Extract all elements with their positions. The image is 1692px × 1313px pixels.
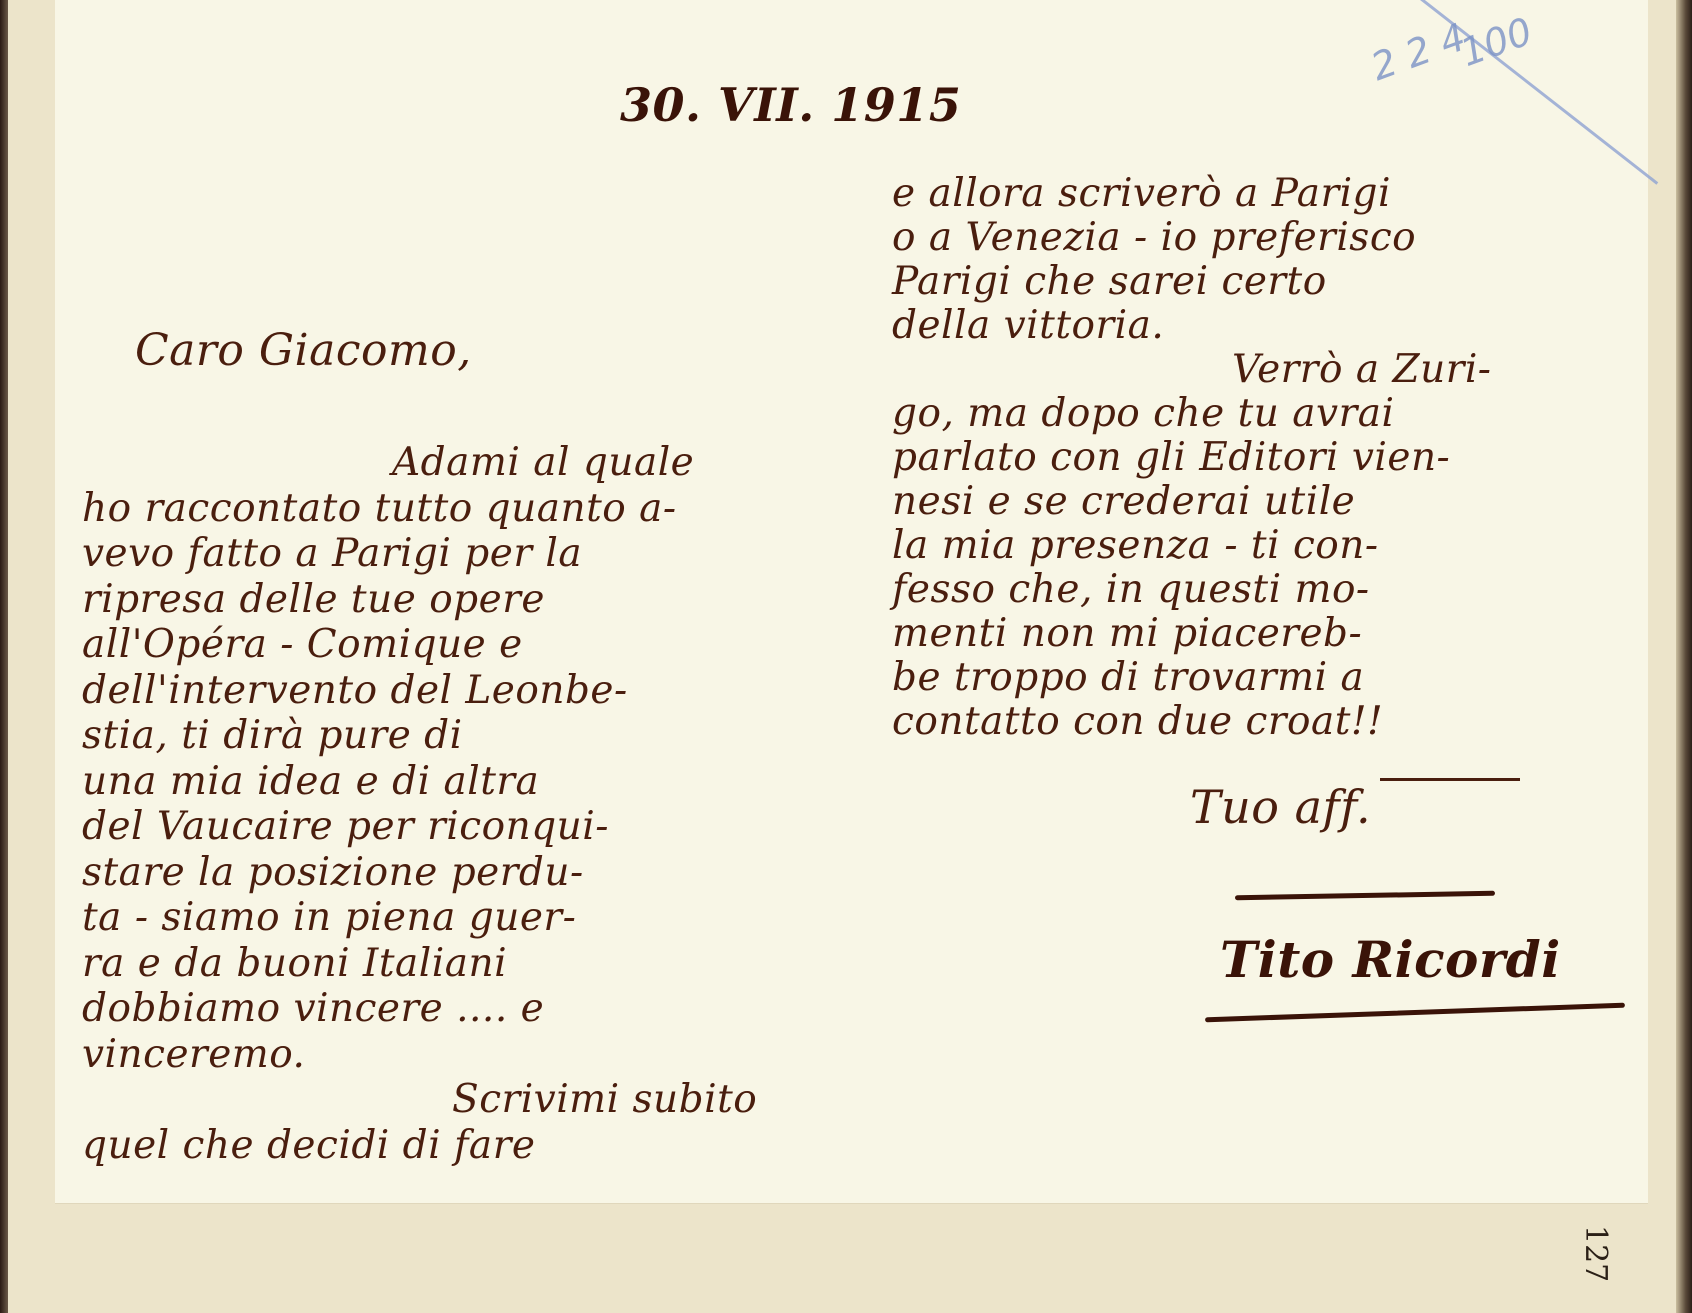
text-line: dell'intervento del Leonbe- [82,668,757,714]
text-line: menti non mi piacereb- [892,612,1492,656]
text-line: una mia idea e di altra [82,759,757,805]
signature: Tito Ricordi [1220,930,1561,989]
text-line: go, ma dopo che tu avrai [892,392,1492,436]
text-line: ho raccontato tutto quanto a- [82,486,757,532]
text-line: della vittoria. [892,304,1492,348]
text-line: dobbiamo vincere .... e [82,986,757,1032]
text-line: nesi e se crederai utile [892,480,1492,524]
scan-right-edge [1676,0,1692,1313]
text-line: la mia presenza - ti con- [892,524,1492,568]
text-line: o a Venezia - io preferisco [892,216,1492,260]
text-line: Parigi che sarei certo [892,260,1492,304]
letter-left-column: Adami al quale ho raccontato tutto quant… [82,440,757,1168]
letter-greeting: Caro Giacomo, [135,325,472,376]
text-line: contatto con due croat!! [892,700,1492,744]
text-line: del Vaucaire per riconqui- [82,804,757,850]
text-line: ta - siamo in piena guer- [82,895,757,941]
scan-left-edge [0,0,8,1313]
text-line: all'Opéra - Comique e [82,622,757,668]
text-line: stia, ti dirà pure di [82,713,757,759]
folio-number: 127 [1578,1225,1613,1282]
text-line: vevo fatto a Parigi per la [82,531,757,577]
text-line: Verrò a Zuri- [892,348,1492,392]
text-line: ripresa delle tue opere [82,577,757,623]
text-line: vinceremo. [82,1032,757,1078]
text-line: parlato con gli Editori vien- [892,436,1492,480]
text-line: be troppo di trovarmi a [892,656,1492,700]
text-line: fesso che, in questi mo- [892,568,1492,612]
text-line: ra e da buoni Italiani [82,941,757,987]
letter-right-column: e allora scriverò a Parigi o a Venezia -… [892,172,1492,744]
letter-closing: Tuo aff. [1190,780,1371,834]
text-line: Scrivimi subito [82,1077,757,1123]
closing-overline [1380,778,1520,781]
text-line: e allora scriverò a Parigi [892,172,1492,216]
text-line: quel che decidi di fare [82,1123,757,1169]
text-line: stare la posizione perdu- [82,850,757,896]
letter-date: 30. VII. 1915 [620,78,961,132]
text-line: Adami al quale [82,440,757,486]
